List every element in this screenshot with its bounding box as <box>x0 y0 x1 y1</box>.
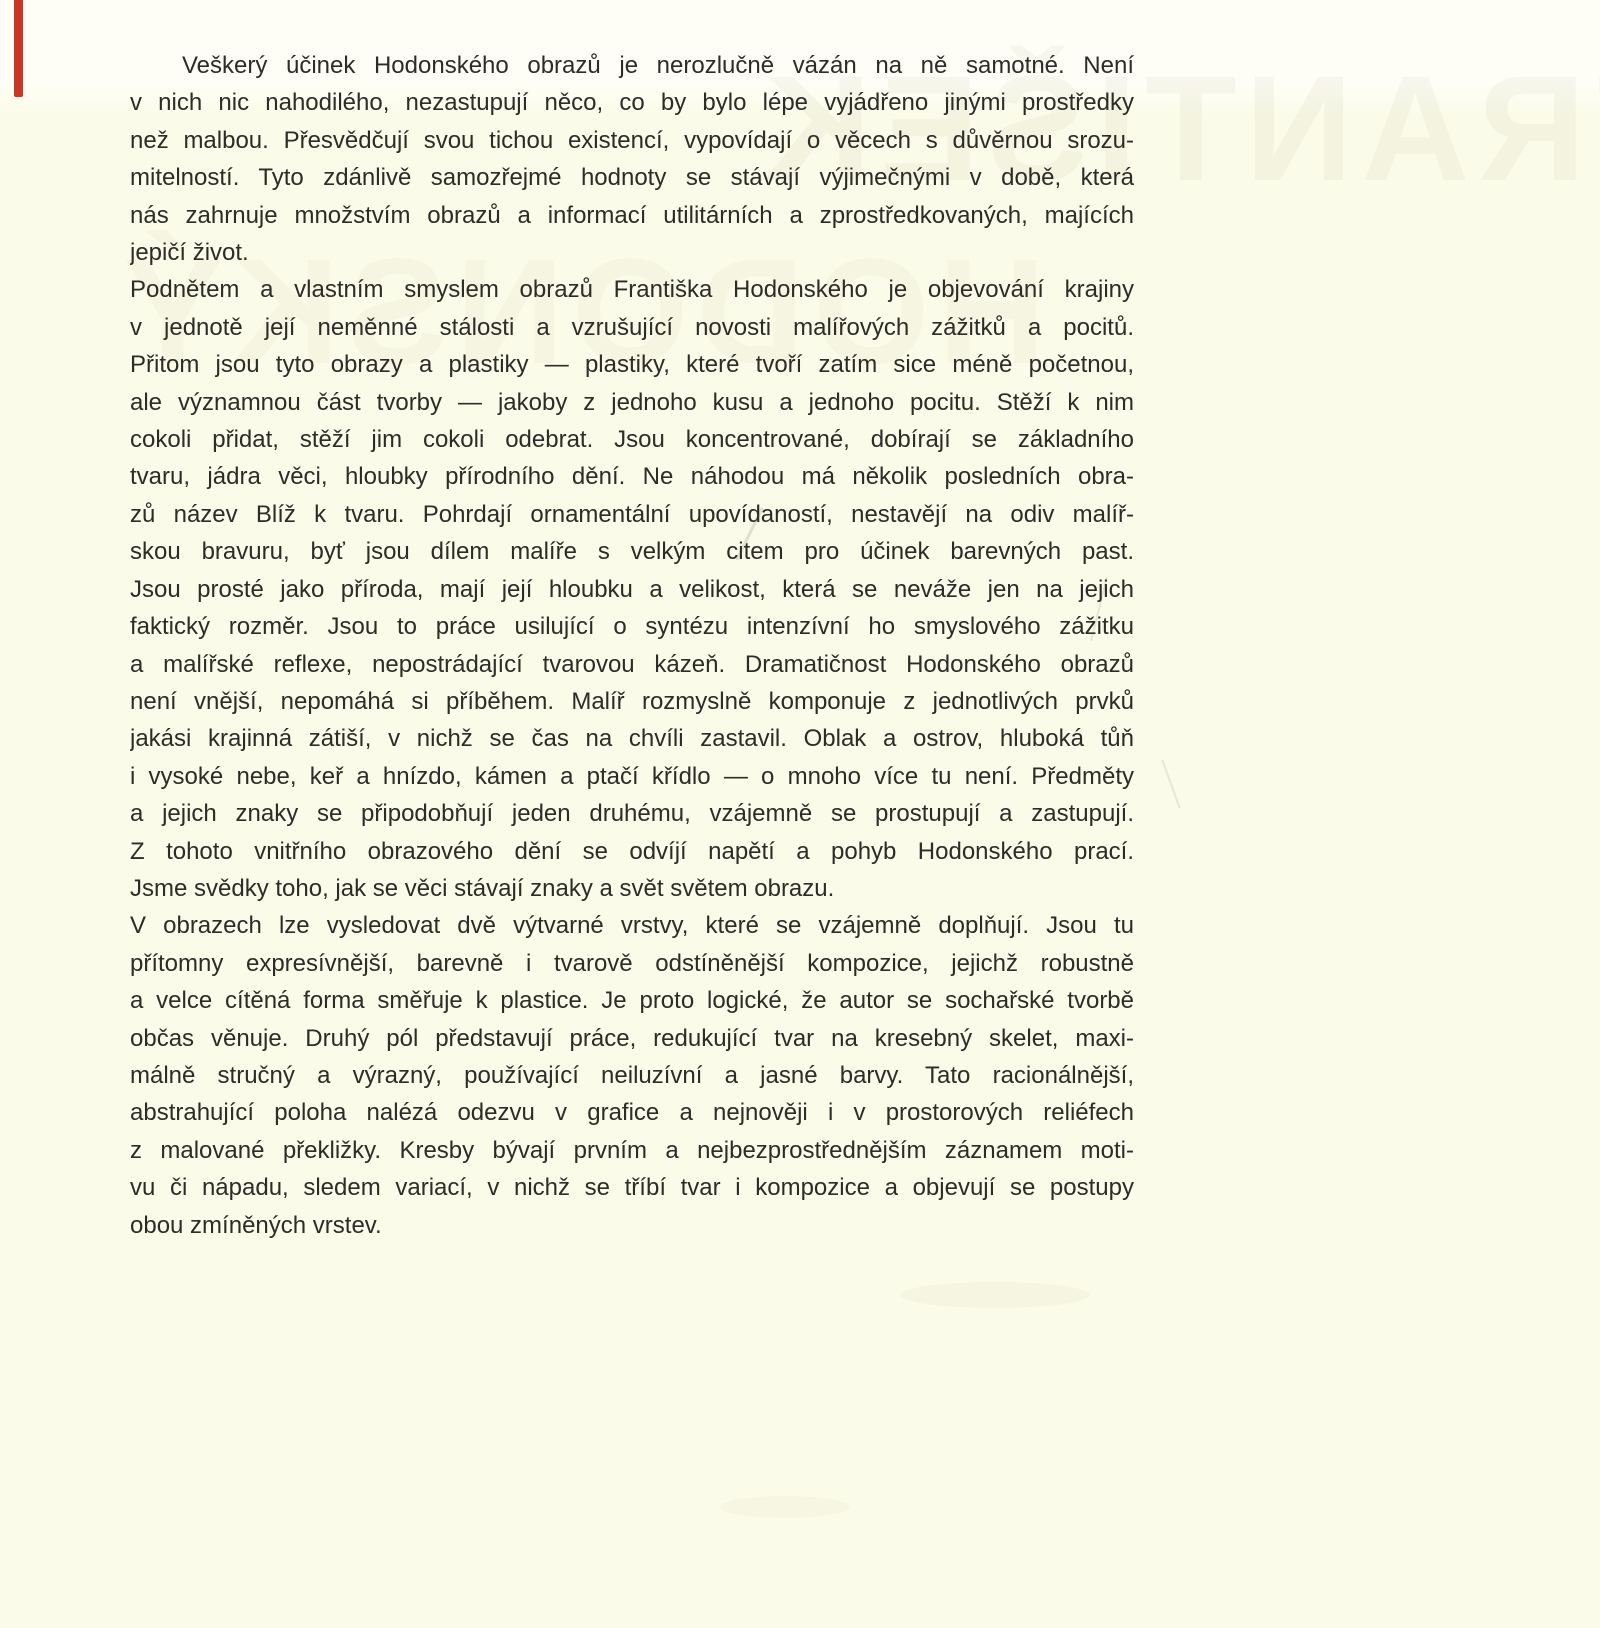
paragraph: Veškerý účinek Hodonského obrazů je nero… <box>130 47 1134 271</box>
paper-smudge <box>720 1496 850 1518</box>
text-line: mitelností. Tyto zdánlivě samozřejmé hod… <box>130 159 1134 196</box>
text-line: tvaru, jádra věci, hloubky přírodního dě… <box>130 458 1134 495</box>
text-line: vu či nápadu, sledem variací, v nichž se… <box>130 1169 1134 1206</box>
scanned-page: FRANTIŠEK HODONSKÝ Veškerý účinek Hodons… <box>0 0 1600 1628</box>
text-line: v nich nic nahodilého, nezastupují něco,… <box>130 84 1134 121</box>
text-line: abstrahující poloha nalézá odezvu v graf… <box>130 1094 1134 1131</box>
text-line: a malířské reflexe, nepostrádající tvaro… <box>130 646 1134 683</box>
text-line: v jednotě její neměnné stálosti a vzrušu… <box>130 309 1134 346</box>
text-line: Jsme svědky toho, jak se věci stávají zn… <box>130 870 1134 907</box>
text-line: jepičí život. <box>130 234 1134 271</box>
text-line: i vysoké nebe, keř a hnízdo, kámen a pta… <box>130 758 1134 795</box>
text-line: cokoli přidat, stěží jim cokoli odebrat.… <box>130 421 1134 458</box>
text-line: zů název Blíž k tvaru. Pohrdají ornament… <box>130 496 1134 533</box>
text-line: Jsou prosté jako příroda, mají její hlou… <box>130 571 1134 608</box>
red-registration-mark <box>14 0 23 97</box>
text-line: Podnětem a vlastním smyslem obrazů Frant… <box>130 271 1134 308</box>
text-line: ale významnou část tvorby — jakoby z jed… <box>130 384 1134 421</box>
text-line: přítomny expresívnější, barevně i tvarov… <box>130 945 1134 982</box>
text-line: nás zahrnuje množstvím obrazů a informac… <box>130 197 1134 234</box>
text-line: skou bravuru, byť jsou dílem malíře s ve… <box>130 533 1134 570</box>
text-line: Přitom jsou tyto obrazy a plastiky — pla… <box>130 346 1134 383</box>
paragraph: V obrazech lze vysledovat dvě výtvarné v… <box>130 907 1134 1244</box>
text-line: občas věnuje. Druhý pól představují prác… <box>130 1020 1134 1057</box>
text-line: V obrazech lze vysledovat dvě výtvarné v… <box>130 907 1134 944</box>
paper-scratch <box>1161 759 1181 809</box>
text-line: obou zmíněných vrstev. <box>130 1207 1134 1244</box>
text-line: málně stručný a výrazný, používající nei… <box>130 1057 1134 1094</box>
article-text: Veškerý účinek Hodonského obrazů je nero… <box>130 47 1134 1244</box>
paper-smudge <box>900 1282 1090 1308</box>
text-line: faktický rozměr. Jsou to práce usilující… <box>130 608 1134 645</box>
text-line: než malbou. Přesvědčují svou tichou exis… <box>130 122 1134 159</box>
text-line: Veškerý účinek Hodonského obrazů je nero… <box>130 47 1134 84</box>
text-line: jakási krajinná zátiší, v nichž se čas n… <box>130 720 1134 757</box>
text-line: a velce cítěná forma směřuje k plastice.… <box>130 982 1134 1019</box>
text-line: není vnější, nepomáhá si příběhem. Malíř… <box>130 683 1134 720</box>
text-line: Z tohoto vnitřního obrazového dění se od… <box>130 833 1134 870</box>
text-line: a jejich znaky se připodobňují jeden dru… <box>130 795 1134 832</box>
text-line: z malované překližky. Kresby bývají prvn… <box>130 1132 1134 1169</box>
paragraph: Podnětem a vlastním smyslem obrazů Frant… <box>130 271 1134 907</box>
